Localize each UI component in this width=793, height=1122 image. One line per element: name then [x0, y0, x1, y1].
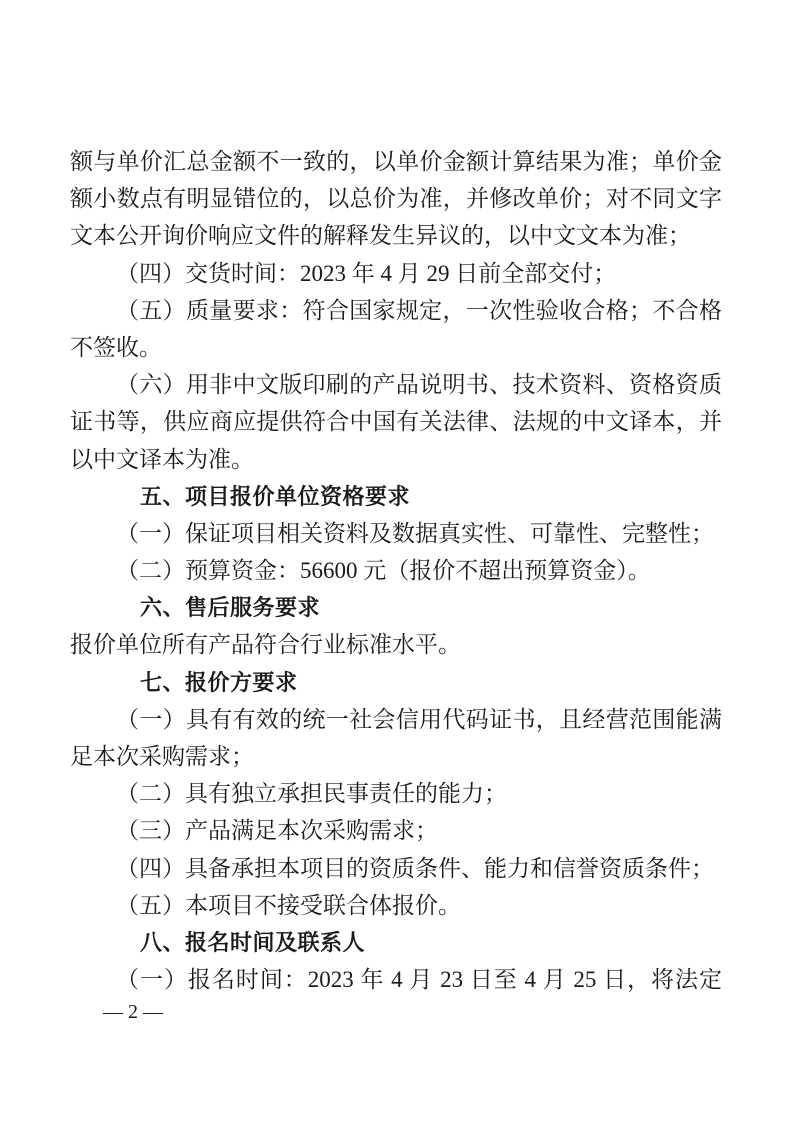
paragraph: 额与单价汇总金额不一致的，以单价金额计算结果为准；单价金额小数点有明显错位的，以… — [70, 143, 722, 255]
text-line: （四）具备承担本项目的资质条件、能力和信誉资质条件； — [70, 850, 722, 887]
text-line: （一）保证项目相关资料及数据真实性、可靠性、完整性； — [70, 515, 722, 552]
text-line: 五、项目报价单位资格要求 — [70, 478, 722, 515]
text-line: 八、报名时间及联系人 — [70, 924, 722, 961]
text-line: 不签收。 — [70, 329, 722, 366]
text-line: （六）用非中文版印刷的产品说明书、技术资料、资格资质 — [70, 366, 722, 403]
text-line: （一）报名时间：2023 年 4 月 23 日至 4 月 25 日，将法定 — [70, 961, 722, 998]
text-line: （五）质量要求：符合国家规定，一次性验收合格；不合格 — [70, 292, 722, 329]
paragraph: （二）预算资金：56600 元（报价不超出预算资金）。 — [70, 552, 722, 589]
document-body: 额与单价汇总金额不一致的，以单价金额计算结果为准；单价金额小数点有明显错位的，以… — [70, 143, 722, 998]
paragraph: （一）报名时间：2023 年 4 月 23 日至 4 月 25 日，将法定 — [70, 961, 722, 998]
text-line: 报价单位所有产品符合行业标准水平。 — [70, 626, 722, 663]
paragraph: （五）本项目不接受联合体报价。 — [70, 887, 722, 924]
paragraph: （六）用非中文版印刷的产品说明书、技术资料、资格资质证书等，供应商应提供符合中国… — [70, 366, 722, 478]
section-heading: 八、报名时间及联系人 — [70, 924, 722, 961]
text-line: 足本次采购需求； — [70, 738, 722, 775]
paragraph: （二）具有独立承担民事责任的能力； — [70, 775, 722, 812]
paragraph: （一）保证项目相关资料及数据真实性、可靠性、完整性； — [70, 515, 722, 552]
section-heading: 五、项目报价单位资格要求 — [70, 478, 722, 515]
text-line: 七、报价方要求 — [70, 664, 722, 701]
text-line: （二）预算资金：56600 元（报价不超出预算资金）。 — [70, 552, 722, 589]
text-line: 六、售后服务要求 — [70, 589, 722, 626]
text-line: （四）交货时间：2023 年 4 月 29 日前全部交付； — [70, 255, 722, 292]
paragraph: 报价单位所有产品符合行业标准水平。 — [70, 626, 722, 663]
text-line: 文本公开询价响应文件的解释发生异议的，以中文文本为准； — [70, 217, 722, 254]
section-heading: 六、售后服务要求 — [70, 589, 722, 626]
text-line: （二）具有独立承担民事责任的能力； — [70, 775, 722, 812]
text-line: 额小数点有明显错位的，以总价为准，并修改单价；对不同文字 — [70, 180, 722, 217]
section-heading: 七、报价方要求 — [70, 664, 722, 701]
text-line: 证书等，供应商应提供符合中国有关法律、法规的中文译本，并 — [70, 403, 722, 440]
text-line: （三）产品满足本次采购需求； — [70, 812, 722, 849]
paragraph: （三）产品满足本次采购需求； — [70, 812, 722, 849]
paragraph: （五）质量要求：符合国家规定，一次性验收合格；不合格不签收。 — [70, 292, 722, 366]
paragraph: （一）具有有效的统一社会信用代码证书，且经营范围能满足本次采购需求； — [70, 701, 722, 775]
text-line: 额与单价汇总金额不一致的，以单价金额计算结果为准；单价金 — [70, 143, 722, 180]
paragraph: （四）具备承担本项目的资质条件、能力和信誉资质条件； — [70, 850, 722, 887]
page-number: — 2 — — [103, 1000, 163, 1024]
text-line: 以中文译本为准。 — [70, 441, 722, 478]
text-line: （一）具有有效的统一社会信用代码证书，且经营范围能满 — [70, 701, 722, 738]
document-page: 额与单价汇总金额不一致的，以单价金额计算结果为准；单价金额小数点有明显错位的，以… — [0, 0, 793, 1122]
text-line: （五）本项目不接受联合体报价。 — [70, 887, 722, 924]
paragraph: （四）交货时间：2023 年 4 月 29 日前全部交付； — [70, 255, 722, 292]
